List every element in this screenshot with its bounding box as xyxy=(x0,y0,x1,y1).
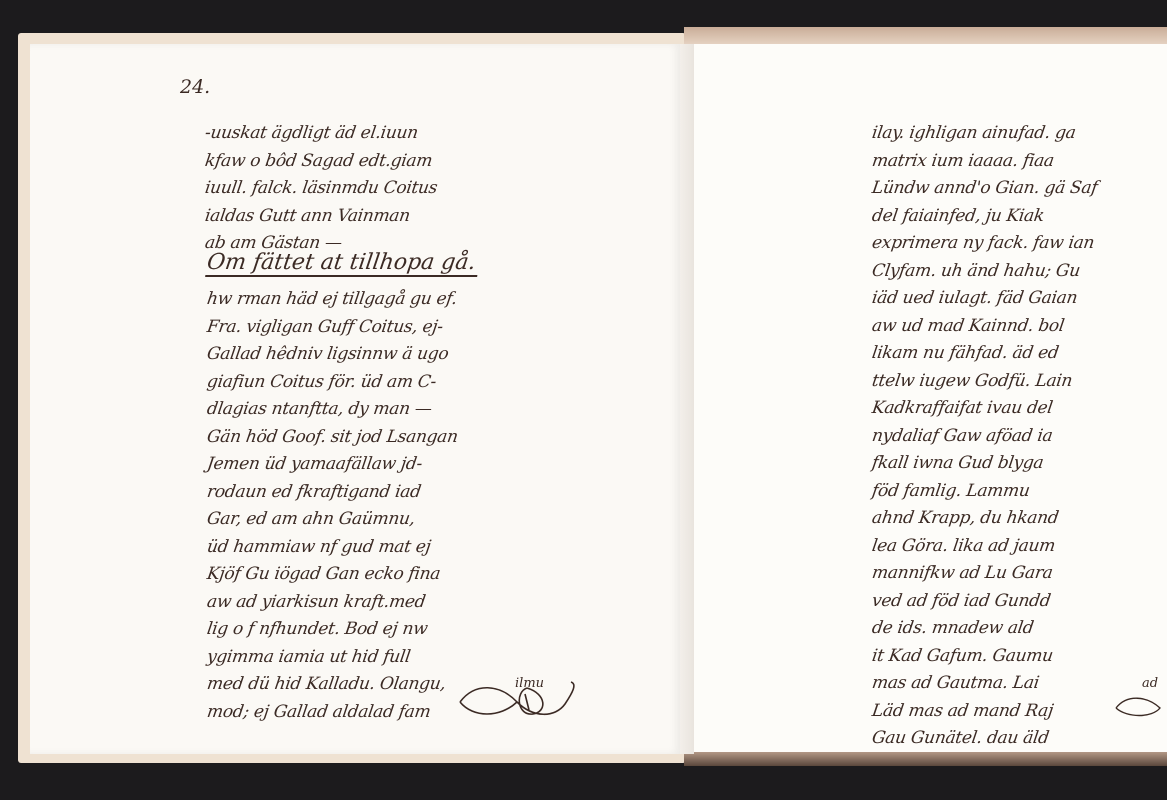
right-page-text: ilay. ighligan ainufad. ga matrix ium ia… xyxy=(872,120,1097,753)
text-line: giafiun Coitus för. üd am C- xyxy=(205,369,460,397)
left-page-body-text: hw rman häd ej tillgagå gu ef. Fra. vigl… xyxy=(207,286,458,726)
text-line: matrix ium iaaaa. fiaa xyxy=(870,148,1099,176)
text-line: Kjöf Gu iögad Gan ecko fina xyxy=(205,561,460,589)
text-line: Clyfam. uh änd hahu; Gu xyxy=(870,258,1099,286)
text-line: mod; ej Gallad aldalad fam xyxy=(205,699,460,727)
text-line: ialdas Gutt ann Vainman xyxy=(203,203,439,231)
text-line: it Kad Gafum. Gaumu xyxy=(870,643,1099,671)
text-line: ttelw iugew Godfü. Lain xyxy=(870,368,1099,396)
text-line: exprimera ny fack. faw ian xyxy=(870,230,1099,258)
text-line: mas ad Gautma. Lai xyxy=(870,670,1099,698)
text-line: dlagias ntanftta, dy man — xyxy=(205,396,460,424)
text-line: kfaw o bôd Sagad edt.giam xyxy=(203,148,439,176)
text-line: Läd mas ad mand Raj xyxy=(870,698,1099,726)
flourish-ornament-icon xyxy=(1112,690,1167,720)
text-line: mannifkw ad Lu Gara xyxy=(870,560,1099,588)
text-line: föd famlig. Lammu xyxy=(870,478,1099,506)
text-line: Gau Gunätel. dau äld xyxy=(870,725,1099,753)
text-line: rodaun ed fkraftigand iad xyxy=(205,479,460,507)
text-line: üd hammiaw nf gud mat ej xyxy=(205,534,460,562)
text-line: aw ud mad Kainnd. bol xyxy=(870,313,1099,341)
book-gutter xyxy=(680,44,694,754)
text-line: ahnd Krapp, du hkand xyxy=(870,505,1099,533)
text-line: ved ad föd iad Gundd xyxy=(870,588,1099,616)
text-line: aw ad yiarkisun kraft.med xyxy=(205,589,460,617)
text-line: Fra. vigligan Guff Coitus, ej- xyxy=(205,314,460,342)
text-line: Gar, ed am ahn Gaümnu, xyxy=(205,506,460,534)
text-line: lig o f nfhundet. Bod ej nw xyxy=(205,616,460,644)
text-line: Lündw annd'o Gian. gä Saf xyxy=(870,175,1099,203)
text-line: Kadkraffaifat ivau del xyxy=(870,395,1099,423)
text-line: iäd ued iulagt. fäd Gaian xyxy=(870,285,1099,313)
text-line: hw rman häd ej tillgagå gu ef. xyxy=(205,286,460,314)
text-line: -uuskat ägdligt äd el.iuun xyxy=(203,120,439,148)
left-page-intro-text: -uuskat ägdligt äd el.iuun kfaw o bôd Sa… xyxy=(205,120,437,258)
flourish-ornament-icon xyxy=(455,674,580,724)
catchword: ad xyxy=(1142,676,1158,691)
text-line: de ids. mnadew ald xyxy=(870,615,1099,643)
text-line: Gän höd Goof. sit jod Lsangan xyxy=(205,424,460,452)
text-line: nydaliaf Gaw aföad ia xyxy=(870,423,1099,451)
text-line: del faiainfed, ju Kiak xyxy=(870,203,1099,231)
text-line: likam nu fähfad. äd ed xyxy=(870,340,1099,368)
text-line: ygimma iamia ut hid full xyxy=(205,644,460,672)
text-line: Gallad hêdniv ligsinnw ä ugo xyxy=(205,341,460,369)
text-line: Jemen üd yamaafällaw jd- xyxy=(205,451,460,479)
section-heading: Om fättet at tillhopa gå. xyxy=(205,250,481,277)
page-number: 24. xyxy=(180,76,210,98)
text-line: med dü hid Kalladu. Olangu, xyxy=(205,671,460,699)
text-line: fkall iwna Gud blyga xyxy=(870,450,1099,478)
text-line: ilay. ighligan ainufad. ga xyxy=(870,120,1099,148)
text-line: lea Göra. lika ad jaum xyxy=(870,533,1099,561)
text-line: iuull. falck. läsinmdu Coitus xyxy=(203,175,439,203)
